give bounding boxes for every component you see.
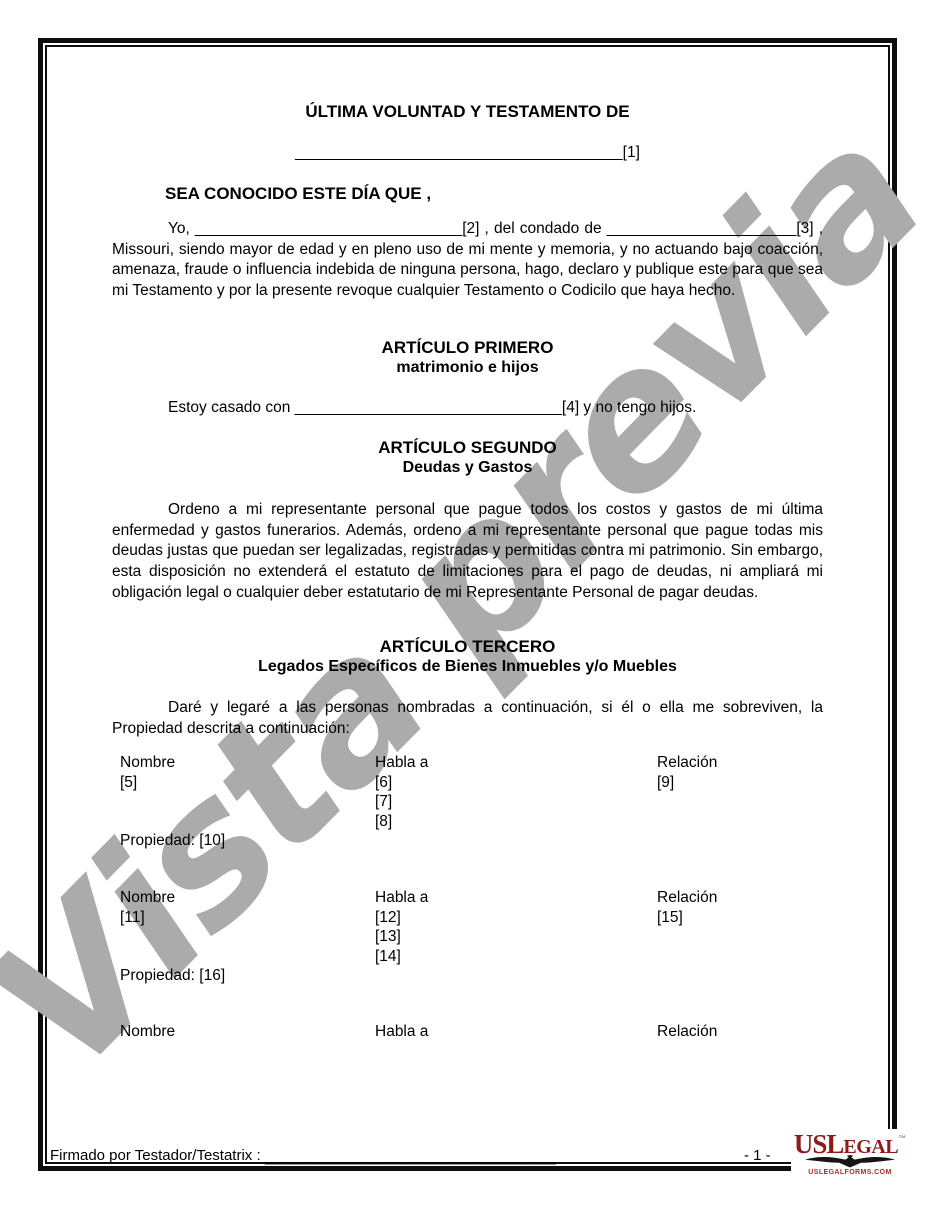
name-value: [11] <box>120 908 175 928</box>
relation-value: [9] <box>657 773 717 793</box>
property-line: Propiedad: [16] <box>120 966 225 986</box>
intro-paragraph: Yo, _______________________________[2] ,… <box>112 219 823 302</box>
speak-value: [12] <box>375 908 428 928</box>
document-page: Vista previa ÚLTIMA VOLUNTAD Y TESTAMENT… <box>0 0 935 1210</box>
salutation-heading: SEA CONOCIDO ESTE DÍA QUE , <box>165 184 431 204</box>
page-number: - 1 - <box>744 1147 771 1164</box>
article-2-subtitle: Deudas y Gastos <box>0 459 935 477</box>
article-3-title: ARTÍCULO TERCERO <box>0 637 935 657</box>
testator-name-blank-line: ______________________________________[1… <box>0 144 935 162</box>
relation-column: Relación <box>657 1022 717 1042</box>
column-header-relacion: Relación <box>657 753 717 773</box>
relation-column: Relación [9] <box>657 753 717 792</box>
document-content: ÚLTIMA VOLUNTAD Y TESTAMENTO DE ________… <box>0 0 935 1210</box>
speak-value: [8] <box>375 812 428 832</box>
name-column: Nombre [5] <box>120 753 175 792</box>
relation-value: [15] <box>657 908 717 928</box>
uslegal-wordmark-big: USL <box>794 1129 844 1159</box>
column-header-relacion: Relación <box>657 1022 717 1042</box>
column-header-nombre: Nombre <box>120 888 175 908</box>
speak-value: [13] <box>375 927 428 947</box>
document-title: ÚLTIMA VOLUNTAD Y TESTAMENTO DE <box>0 102 935 122</box>
article-3-subtitle: Legados Específicos de Bienes Inmuebles … <box>0 658 935 676</box>
article-1-title: ARTÍCULO PRIMERO <box>0 338 935 358</box>
speak-value: [6] <box>375 773 428 793</box>
column-header-nombre: Nombre <box>120 753 175 773</box>
name-column: Nombre [11] <box>120 888 175 927</box>
uslegal-logo: USLEGAL™ USLEGALFORMS.COM <box>791 1129 909 1177</box>
name-value: [5] <box>120 773 175 793</box>
marriage-statement-line: Estoy casado con _______________________… <box>168 399 696 417</box>
signed-by-label: Firmado por Testador/Testatrix : <box>50 1147 261 1164</box>
column-header-habla-a: Habla a <box>375 1022 428 1042</box>
speak-column: Habla a [12] [13] [14] <box>375 888 428 966</box>
testator-signature-line: _________________________________ <box>265 1147 557 1164</box>
column-header-habla-a: Habla a <box>375 753 428 773</box>
speak-column: Habla a <box>375 1022 428 1042</box>
property-line: Propiedad: [10] <box>120 831 225 851</box>
column-header-relacion: Relación <box>657 888 717 908</box>
speak-column: Habla a [6] [7] [8] <box>375 753 428 831</box>
column-header-nombre: Nombre <box>120 1022 175 1042</box>
article-2-title: ARTÍCULO SEGUNDO <box>0 438 935 458</box>
bequest-intro-paragraph: Daré y legaré a las personas nombradas a… <box>112 698 823 739</box>
trademark-symbol: ™ <box>898 1134 906 1143</box>
debts-paragraph: Ordeno a mi representante personal que p… <box>112 500 823 604</box>
uslegal-wordmark: USLEGAL™ <box>791 1131 909 1158</box>
uslegal-wordmark-small: EGAL <box>843 1136 898 1158</box>
speak-value: [14] <box>375 947 428 967</box>
article-1-subtitle: matrimonio e hijos <box>0 359 935 377</box>
column-header-habla-a: Habla a <box>375 888 428 908</box>
uslegal-site-text: USLEGALFORMS.COM <box>791 1169 909 1177</box>
speak-value: [7] <box>375 792 428 812</box>
name-column: Nombre <box>120 1022 175 1042</box>
relation-column: Relación [15] <box>657 888 717 927</box>
signature-row: Firmado por Testador/Testatrix : _______… <box>50 1147 557 1164</box>
